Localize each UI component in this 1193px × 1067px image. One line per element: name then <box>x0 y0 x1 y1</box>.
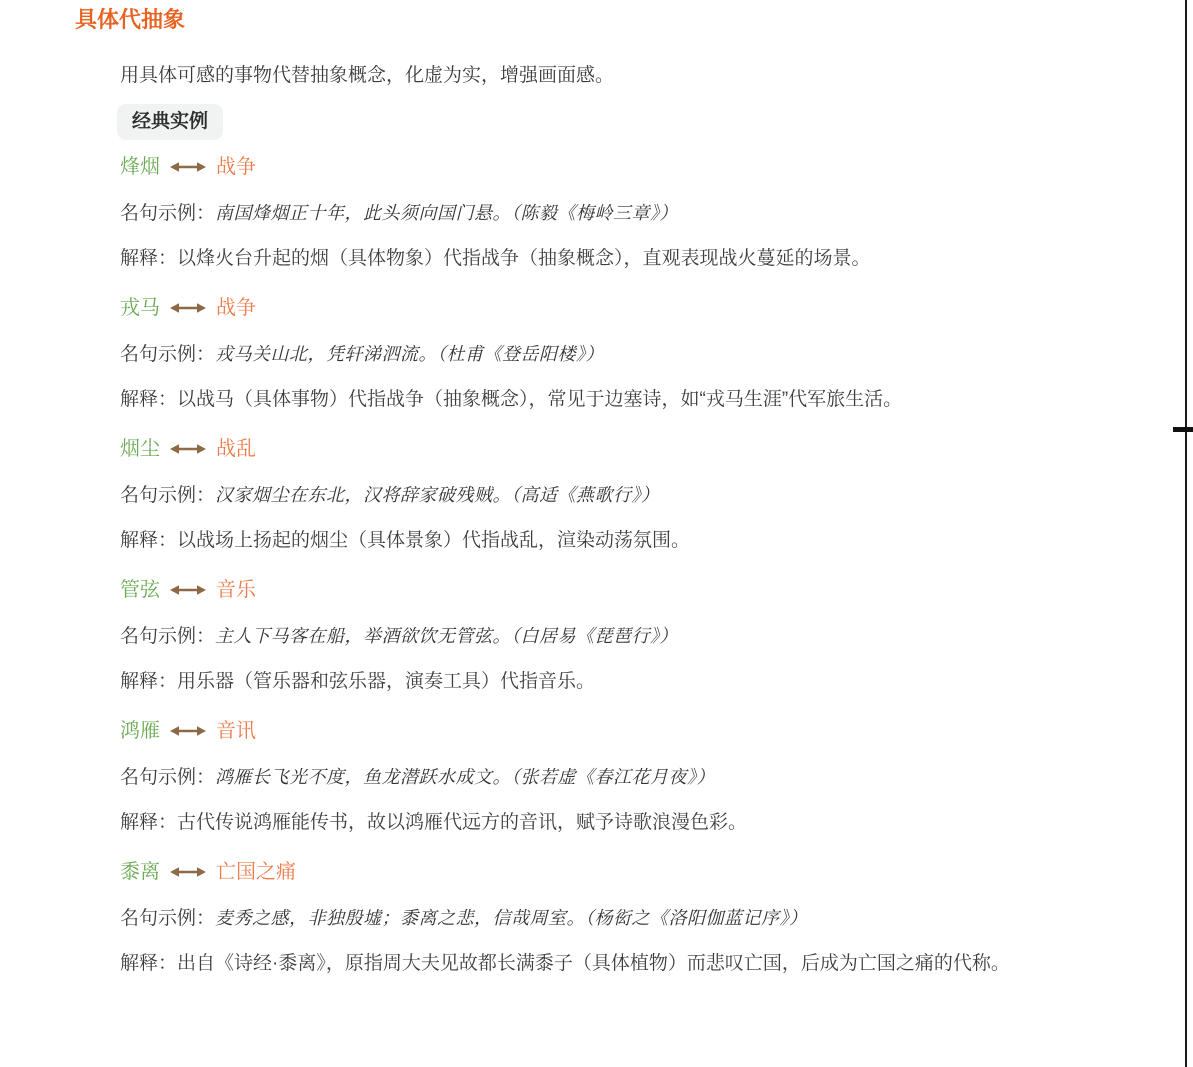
double-arrow-icon <box>170 146 206 191</box>
example-pair-line: 烟尘 战乱 <box>75 427 1133 473</box>
concrete-term: 烟尘 <box>120 438 160 460</box>
explanation-text: 以战场上扬起的烟尘（具体景象）代指战乱，渲染动荡氛围。 <box>177 530 690 551</box>
quote-line: 名句示例：戎马关山北，凭轩涕泗流。（杜甫《登岳阳楼》） <box>75 332 1133 377</box>
explanation-text: 以烽火台升起的烟（具体物象）代指战争（抽象概念），直观表现战火蔓延的场景。 <box>177 248 871 269</box>
quote-text: 主人下马客在船，举酒欲饮无管弦。（白居易《琵琶行》） <box>215 626 678 647</box>
page-edge-border <box>1185 0 1187 1067</box>
explanation-text: 用乐器（管乐器和弦乐器，演奏工具）代指音乐。 <box>177 671 595 692</box>
quote-text: 汉家烟尘在东北，汉将辞家破残贼。（高适《燕歌行》） <box>215 485 660 506</box>
explanation-label: 解释： <box>120 530 177 551</box>
abstract-term: 亡国之痛 <box>216 861 296 883</box>
quote-label: 名句示例： <box>120 908 215 929</box>
abstract-term: 战争 <box>216 297 256 319</box>
quote-line: 名句示例：主人下马客在船，举酒欲饮无管弦。（白居易《琵琶行》） <box>75 614 1133 659</box>
example-pair-line: 烽烟 战争 <box>75 145 1133 191</box>
examples-list: 烽烟 战争 名句示例：南国烽烟正十年，此头须向国门悬。（陈毅《梅岭三章》） 解释… <box>75 145 1133 986</box>
document-page: 具体代抽象 用具体可感的事物代替抽象概念，化虚为实，增强画面感。 经典实例 烽烟… <box>0 0 1193 986</box>
quote-line: 名句示例：汉家烟尘在东北，汉将辞家破残贼。（高适《燕歌行》） <box>75 473 1133 518</box>
example-pair-line: 黍离 亡国之痛 <box>75 850 1133 896</box>
double-arrow-icon <box>170 851 206 896</box>
example-pair-line: 鸿雁 音讯 <box>75 709 1133 755</box>
example-block: 烟尘 战乱 名句示例：汉家烟尘在东北，汉将辞家破残贼。（高适《燕歌行》） 解释：… <box>75 427 1133 563</box>
concrete-term: 戎马 <box>120 297 160 319</box>
explanation-line: 解释：古代传说鸿雁能传书，故以鸿雁代远方的音讯，赋予诗歌浪漫色彩。 <box>75 800 1133 845</box>
abstract-term: 音讯 <box>216 720 256 742</box>
classic-examples-badge: 经典实例 <box>117 104 223 140</box>
abstract-term: 音乐 <box>216 579 256 601</box>
double-arrow-icon <box>170 428 206 473</box>
abstract-term: 战争 <box>216 156 256 178</box>
quote-line: 名句示例：鸿雁长飞光不度，鱼龙潜跃水成文。（张若虚《春江花月夜》） <box>75 755 1133 800</box>
explanation-label: 解释： <box>120 812 177 833</box>
explanation-label: 解释： <box>120 248 177 269</box>
concrete-term: 烽烟 <box>120 156 160 178</box>
double-arrow-icon <box>170 710 206 755</box>
explanation-line: 解释：以战场上扬起的烟尘（具体景象）代指战乱，渲染动荡氛围。 <box>75 518 1133 563</box>
explanation-text: 古代传说鸿雁能传书，故以鸿雁代远方的音讯，赋予诗歌浪漫色彩。 <box>177 812 747 833</box>
double-arrow-icon <box>170 569 206 614</box>
quote-label: 名句示例： <box>120 485 215 506</box>
quote-label: 名句示例： <box>120 344 215 365</box>
explanation-label: 解释： <box>120 389 177 410</box>
example-block: 黍离 亡国之痛 名句示例：麦秀之感，非独殷墟；黍离之悲，信哉周室。（杨衒之《洛阳… <box>75 850 1133 986</box>
example-block: 管弦 音乐 名句示例：主人下马客在船，举酒欲饮无管弦。（白居易《琵琶行》） 解释… <box>75 568 1133 704</box>
abstract-term: 战乱 <box>216 438 256 460</box>
example-block: 戎马 战争 名句示例：戎马关山北，凭轩涕泗流。（杜甫《登岳阳楼》） 解释：以战马… <box>75 286 1133 422</box>
explanation-label: 解释： <box>120 671 177 692</box>
quote-label: 名句示例： <box>120 626 215 647</box>
explanation-line: 解释：以战马（具体事物）代指战争（抽象概念），常见于边塞诗，如“戎马生涯”代军旅… <box>75 377 1133 422</box>
intro-paragraph: 用具体可感的事物代替抽象概念，化虚为实，增强画面感。 <box>75 60 1133 92</box>
example-pair-line: 戎马 战争 <box>75 286 1133 332</box>
concrete-term: 管弦 <box>120 579 160 601</box>
explanation-line: 解释：出自《诗经·黍离》，原指周大夫见故都长满黍子（具体植物）而悲叹亡国，后成为… <box>75 941 1133 986</box>
example-block: 烽烟 战争 名句示例：南国烽烟正十年，此头须向国门悬。（陈毅《梅岭三章》） 解释… <box>75 145 1133 281</box>
page-title: 具体代抽象 <box>75 6 1133 34</box>
quote-label: 名句示例： <box>120 767 215 788</box>
explanation-line: 解释：以烽火台升起的烟（具体物象）代指战争（抽象概念），直观表现战火蔓延的场景。 <box>75 236 1133 281</box>
example-block: 鸿雁 音讯 名句示例：鸿雁长飞光不度，鱼龙潜跃水成文。（张若虚《春江花月夜》） … <box>75 709 1133 845</box>
explanation-text: 出自《诗经·黍离》，原指周大夫见故都长满黍子（具体植物）而悲叹亡国，后成为亡国之… <box>177 953 1010 974</box>
concrete-term: 黍离 <box>120 861 160 883</box>
example-pair-line: 管弦 音乐 <box>75 568 1133 614</box>
quote-text: 鸿雁长飞光不度，鱼龙潜跃水成文。（张若虚《春江花月夜》） <box>215 767 715 788</box>
edge-tick-marker <box>1173 427 1193 432</box>
concrete-term: 鸿雁 <box>120 720 160 742</box>
quote-text: 麦秀之感，非独殷墟；黍离之悲，信哉周室。（杨衒之《洛阳伽蓝记序》） <box>215 908 808 929</box>
double-arrow-icon <box>170 287 206 332</box>
quote-line: 名句示例：麦秀之感，非独殷墟；黍离之悲，信哉周室。（杨衒之《洛阳伽蓝记序》） <box>75 896 1133 941</box>
explanation-label: 解释： <box>120 953 177 974</box>
quote-text: 南国烽烟正十年，此头须向国门悬。（陈毅《梅岭三章》） <box>215 203 678 224</box>
quote-label: 名句示例： <box>120 203 215 224</box>
quote-line: 名句示例：南国烽烟正十年，此头须向国门悬。（陈毅《梅岭三章》） <box>75 191 1133 236</box>
quote-text: 戎马关山北，凭轩涕泗流。（杜甫《登岳阳楼》） <box>215 344 604 365</box>
explanation-text: 以战马（具体事物）代指战争（抽象概念），常见于边塞诗，如“戎马生涯”代军旅生活。 <box>177 389 902 410</box>
explanation-line: 解释：用乐器（管乐器和弦乐器，演奏工具）代指音乐。 <box>75 659 1133 704</box>
